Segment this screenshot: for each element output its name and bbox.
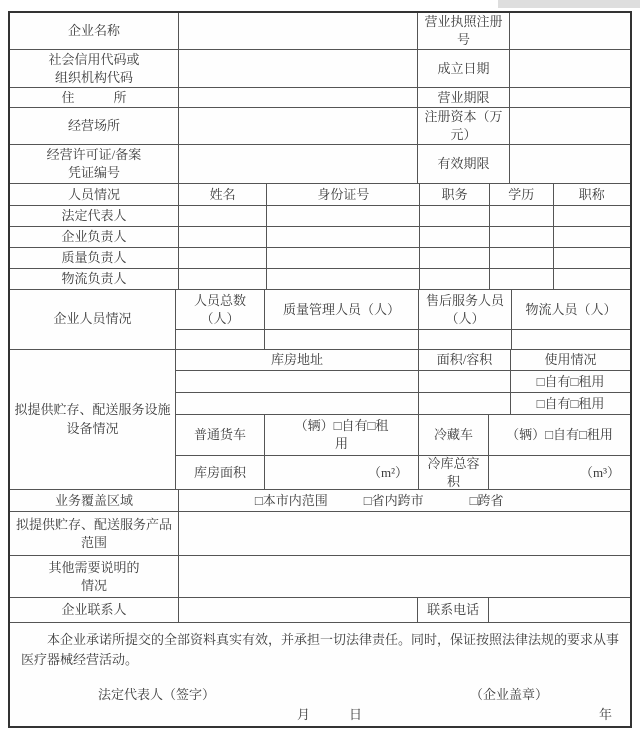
position-cell[interactable] [420, 269, 490, 290]
signature-label: 法定代表人（签字） [98, 684, 215, 703]
declaration-block: 本企业承诺所提交的全部资料真实有效，并承担一切法律责任。同时，保证按照法律法规的… [10, 623, 630, 726]
usage-header: 使用情况 [511, 350, 630, 371]
position-cell[interactable] [420, 248, 490, 269]
coverage-row: 业务覆盖区域 □本市内范围 □省内跨市 □跨省 [10, 490, 630, 512]
other-notes-field[interactable] [179, 556, 630, 598]
staff-quality-field[interactable] [265, 330, 419, 350]
warehouse-area-field[interactable]: （m²） [265, 456, 419, 490]
contact-field[interactable] [179, 598, 418, 623]
scan-artifact [498, 0, 640, 8]
staff-aftersales-header: 售后服务人员（人） [419, 290, 512, 330]
company-head-row: 企业负责人 [10, 227, 630, 248]
name-cell[interactable] [179, 227, 267, 248]
cold-truck-checkbox-option[interactable]: （辆）□自有□租用 [489, 415, 630, 456]
coverage-label: 业务覆盖区域 [10, 490, 179, 512]
coverage-option-city[interactable]: □本市内范围 [255, 492, 328, 510]
coverage-option-cross-province[interactable]: □跨省 [470, 492, 504, 510]
license-number-field[interactable] [510, 13, 630, 50]
address-label: 住 所 [10, 88, 179, 108]
logistics-head-label: 物流负责人 [10, 269, 179, 290]
logistics-head-row: 物流负责人 [10, 269, 630, 290]
staff-aftersales-field[interactable] [419, 330, 512, 350]
area-volume-field[interactable] [419, 393, 511, 415]
warehouse-address-field[interactable] [176, 393, 419, 415]
credit-code-label: 社会信用代码或组织机构代码 [10, 50, 179, 88]
form-page: 企业名称 营业执照注册号 社会信用代码或组织机构代码 成立日期 住 所 营业期限… [0, 0, 640, 736]
title-cell[interactable] [554, 248, 631, 269]
business-term-field[interactable] [510, 88, 630, 108]
truck-checkbox-option[interactable]: （辆）□自有□租用 [265, 415, 419, 456]
product-scope-row: 拟提供贮存、配送服务产品范围 [10, 512, 630, 556]
other-notes-row: 其他需要说明的情况 [10, 556, 630, 598]
table-row: 企业名称 营业执照注册号 [10, 13, 630, 50]
contact-label: 企业联系人 [10, 598, 179, 623]
company-head-label: 企业负责人 [10, 227, 179, 248]
registered-capital-label: 注册资本（万元） [418, 108, 509, 145]
id-cell[interactable] [267, 227, 420, 248]
declaration-text: 本企业承诺所提交的全部资料真实有效，并承担一切法律责任。同时，保证按照法律法规的… [10, 623, 630, 669]
truck-label: 普通货车 [176, 415, 265, 456]
id-cell[interactable] [267, 248, 420, 269]
id-number-column-header: 身份证号 [267, 184, 420, 206]
staff-counts-section: 企业人员情况 人员总数（人） 质量管理人员（人） 售后服务人员（人） 物流人员（… [10, 290, 630, 350]
cold-storage-label: 冷库总容积 [419, 456, 489, 490]
area-volume-field[interactable] [419, 371, 511, 393]
usage-checkbox-option[interactable]: □自有□租用 [511, 371, 630, 393]
year-label: 年 [599, 704, 612, 723]
facilities-section: 拟提供贮存、配送服务设施设备情况 库房地址 面积/容积 使用情况 □自有□租用 … [10, 350, 630, 490]
establish-date-field[interactable] [510, 50, 630, 88]
legal-rep-label: 法定代表人 [10, 206, 179, 227]
validity-label: 有效期限 [418, 145, 509, 184]
month-label: 月 [297, 704, 310, 723]
quality-head-row: 质量负责人 [10, 248, 630, 269]
phone-field[interactable] [489, 598, 630, 623]
company-name-field[interactable] [179, 13, 418, 50]
permit-number-field[interactable] [179, 145, 418, 184]
phone-label: 联系电话 [418, 598, 489, 623]
warehouse-address-header: 库房地址 [176, 350, 419, 371]
coverage-option-province[interactable]: □省内跨市 [364, 492, 424, 510]
title-column-header: 职称 [554, 184, 631, 206]
personnel-section-label: 人员情况 [10, 184, 179, 206]
title-cell[interactable] [554, 227, 631, 248]
license-number-label: 营业执照注册号 [418, 13, 509, 50]
product-scope-label: 拟提供贮存、配送服务产品范围 [10, 512, 179, 556]
facilities-label: 拟提供贮存、配送服务设施设备情况 [10, 350, 176, 490]
position-column-header: 职务 [420, 184, 490, 206]
staff-logistics-field[interactable] [512, 330, 630, 350]
address-field[interactable] [179, 88, 418, 108]
area-volume-header: 面积/容积 [419, 350, 511, 371]
warehouse-area-label: 库房面积 [176, 456, 265, 490]
business-term-label: 营业期限 [418, 88, 509, 108]
education-cell[interactable] [490, 206, 554, 227]
premises-field[interactable] [179, 108, 418, 145]
coverage-options-cell: □本市内范围 □省内跨市 □跨省 [179, 490, 630, 512]
name-column-header: 姓名 [179, 184, 267, 206]
warehouse-address-field[interactable] [176, 371, 419, 393]
education-column-header: 学历 [490, 184, 554, 206]
personnel-header-row: 人员情况 姓名 身份证号 职务 学历 职称 [10, 184, 630, 206]
validity-field[interactable] [510, 145, 630, 184]
title-cell[interactable] [554, 269, 631, 290]
establish-date-label: 成立日期 [418, 50, 509, 88]
table-row: 经营许可证/备案凭证编号 有效期限 [10, 145, 630, 184]
staff-total-header: 人员总数（人） [176, 290, 265, 330]
name-cell[interactable] [179, 248, 267, 269]
registered-capital-field[interactable] [510, 108, 630, 145]
staff-counts-label: 企业人员情况 [10, 290, 176, 350]
staff-total-field[interactable] [176, 330, 265, 350]
permit-number-label: 经营许可证/备案凭证编号 [10, 145, 179, 184]
education-cell[interactable] [490, 248, 554, 269]
cold-truck-label: 冷藏车 [419, 415, 489, 456]
table-row: 住 所 营业期限 [10, 88, 630, 108]
position-cell[interactable] [420, 206, 490, 227]
credit-code-field[interactable] [179, 50, 418, 88]
cold-storage-field[interactable]: （m³） [489, 456, 630, 490]
contact-row: 企业联系人 联系电话 [10, 598, 630, 623]
quality-head-label: 质量负责人 [10, 248, 179, 269]
name-cell[interactable] [179, 269, 267, 290]
medical-device-filing-form: 企业名称 营业执照注册号 社会信用代码或组织机构代码 成立日期 住 所 营业期限… [8, 11, 632, 728]
position-cell[interactable] [420, 227, 490, 248]
table-row: 社会信用代码或组织机构代码 成立日期 [10, 50, 630, 88]
company-name-label: 企业名称 [10, 13, 179, 50]
premises-label: 经营场所 [10, 108, 179, 145]
id-cell[interactable] [267, 206, 420, 227]
usage-checkbox-option[interactable]: □自有□租用 [511, 393, 630, 415]
table-row: 经营场所 注册资本（万元） [10, 108, 630, 145]
staff-quality-header: 质量管理人员（人） [265, 290, 419, 330]
education-cell[interactable] [490, 269, 554, 290]
id-cell[interactable] [267, 269, 420, 290]
staff-logistics-header: 物流人员（人） [512, 290, 630, 330]
other-notes-label: 其他需要说明的情况 [10, 556, 179, 598]
education-cell[interactable] [490, 227, 554, 248]
name-cell[interactable] [179, 206, 267, 227]
day-label: 日 [349, 704, 362, 723]
product-scope-field[interactable] [179, 512, 630, 556]
title-cell[interactable] [554, 206, 631, 227]
company-seal-label: （企业盖章） [470, 684, 548, 703]
legal-rep-row: 法定代表人 [10, 206, 630, 227]
